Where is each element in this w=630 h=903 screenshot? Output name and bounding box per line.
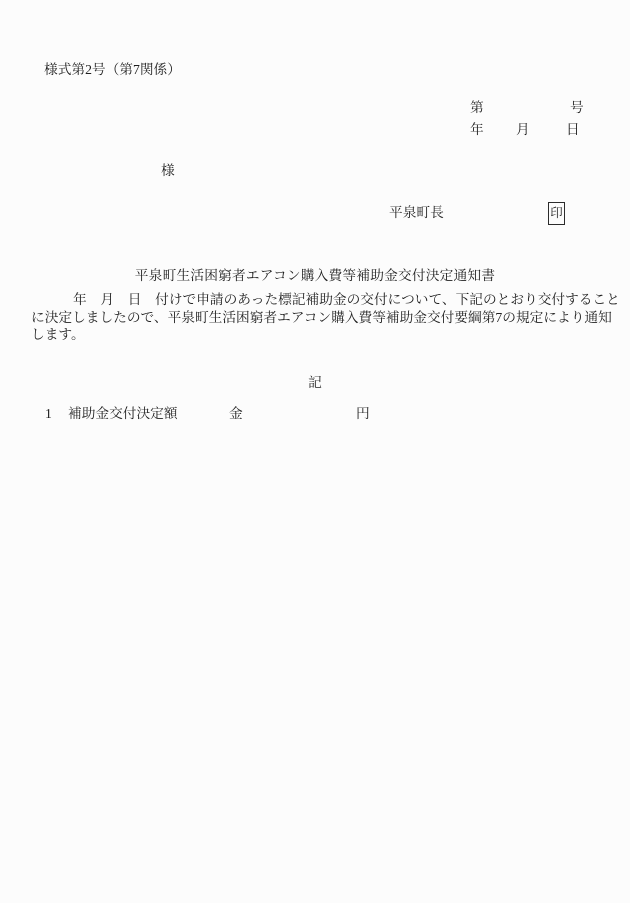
addressee-honorific: 様 bbox=[161, 162, 175, 180]
seal-label: 印 bbox=[550, 207, 563, 220]
amount-suffix: 円 bbox=[356, 405, 370, 423]
issuer-title: 平泉町長 bbox=[389, 204, 444, 222]
date-year-label: 年 bbox=[470, 121, 484, 139]
item-number: 1 bbox=[45, 405, 52, 423]
body-line-3: します。 bbox=[31, 326, 615, 344]
body-line-2: に決定しましたので、平泉町生活困窮者エアコン購入費等補助金交付要綱第7の規定によ… bbox=[31, 309, 615, 327]
doc-number-prefix: 第 bbox=[470, 99, 484, 117]
body-line-1: 年 月 日 付けで申請のあった標記補助金の交付について、下記のとおり交付すること bbox=[31, 291, 615, 309]
document-title: 平泉町生活困窮者エアコン購入費等補助金交付決定通知書 bbox=[0, 264, 630, 284]
amount-prefix: 金 bbox=[229, 405, 243, 423]
date-month-label: 月 bbox=[516, 121, 530, 139]
date-day-label: 日 bbox=[566, 121, 580, 139]
document-page: 様式第2号（第7関係） 第 号 年 月 日 様 平泉町長 印 平泉町生活困窮者エ… bbox=[0, 0, 630, 903]
seal-box: 印 bbox=[548, 202, 565, 225]
doc-number-suffix: 号 bbox=[570, 99, 584, 117]
body-paragraph: 年 月 日 付けで申請のあった標記補助金の交付について、下記のとおり交付すること… bbox=[31, 291, 615, 344]
item-label: 補助金交付決定額 bbox=[68, 405, 178, 423]
form-label: 様式第2号（第7関係） bbox=[44, 61, 181, 79]
record-marker: 記 bbox=[0, 371, 630, 391]
